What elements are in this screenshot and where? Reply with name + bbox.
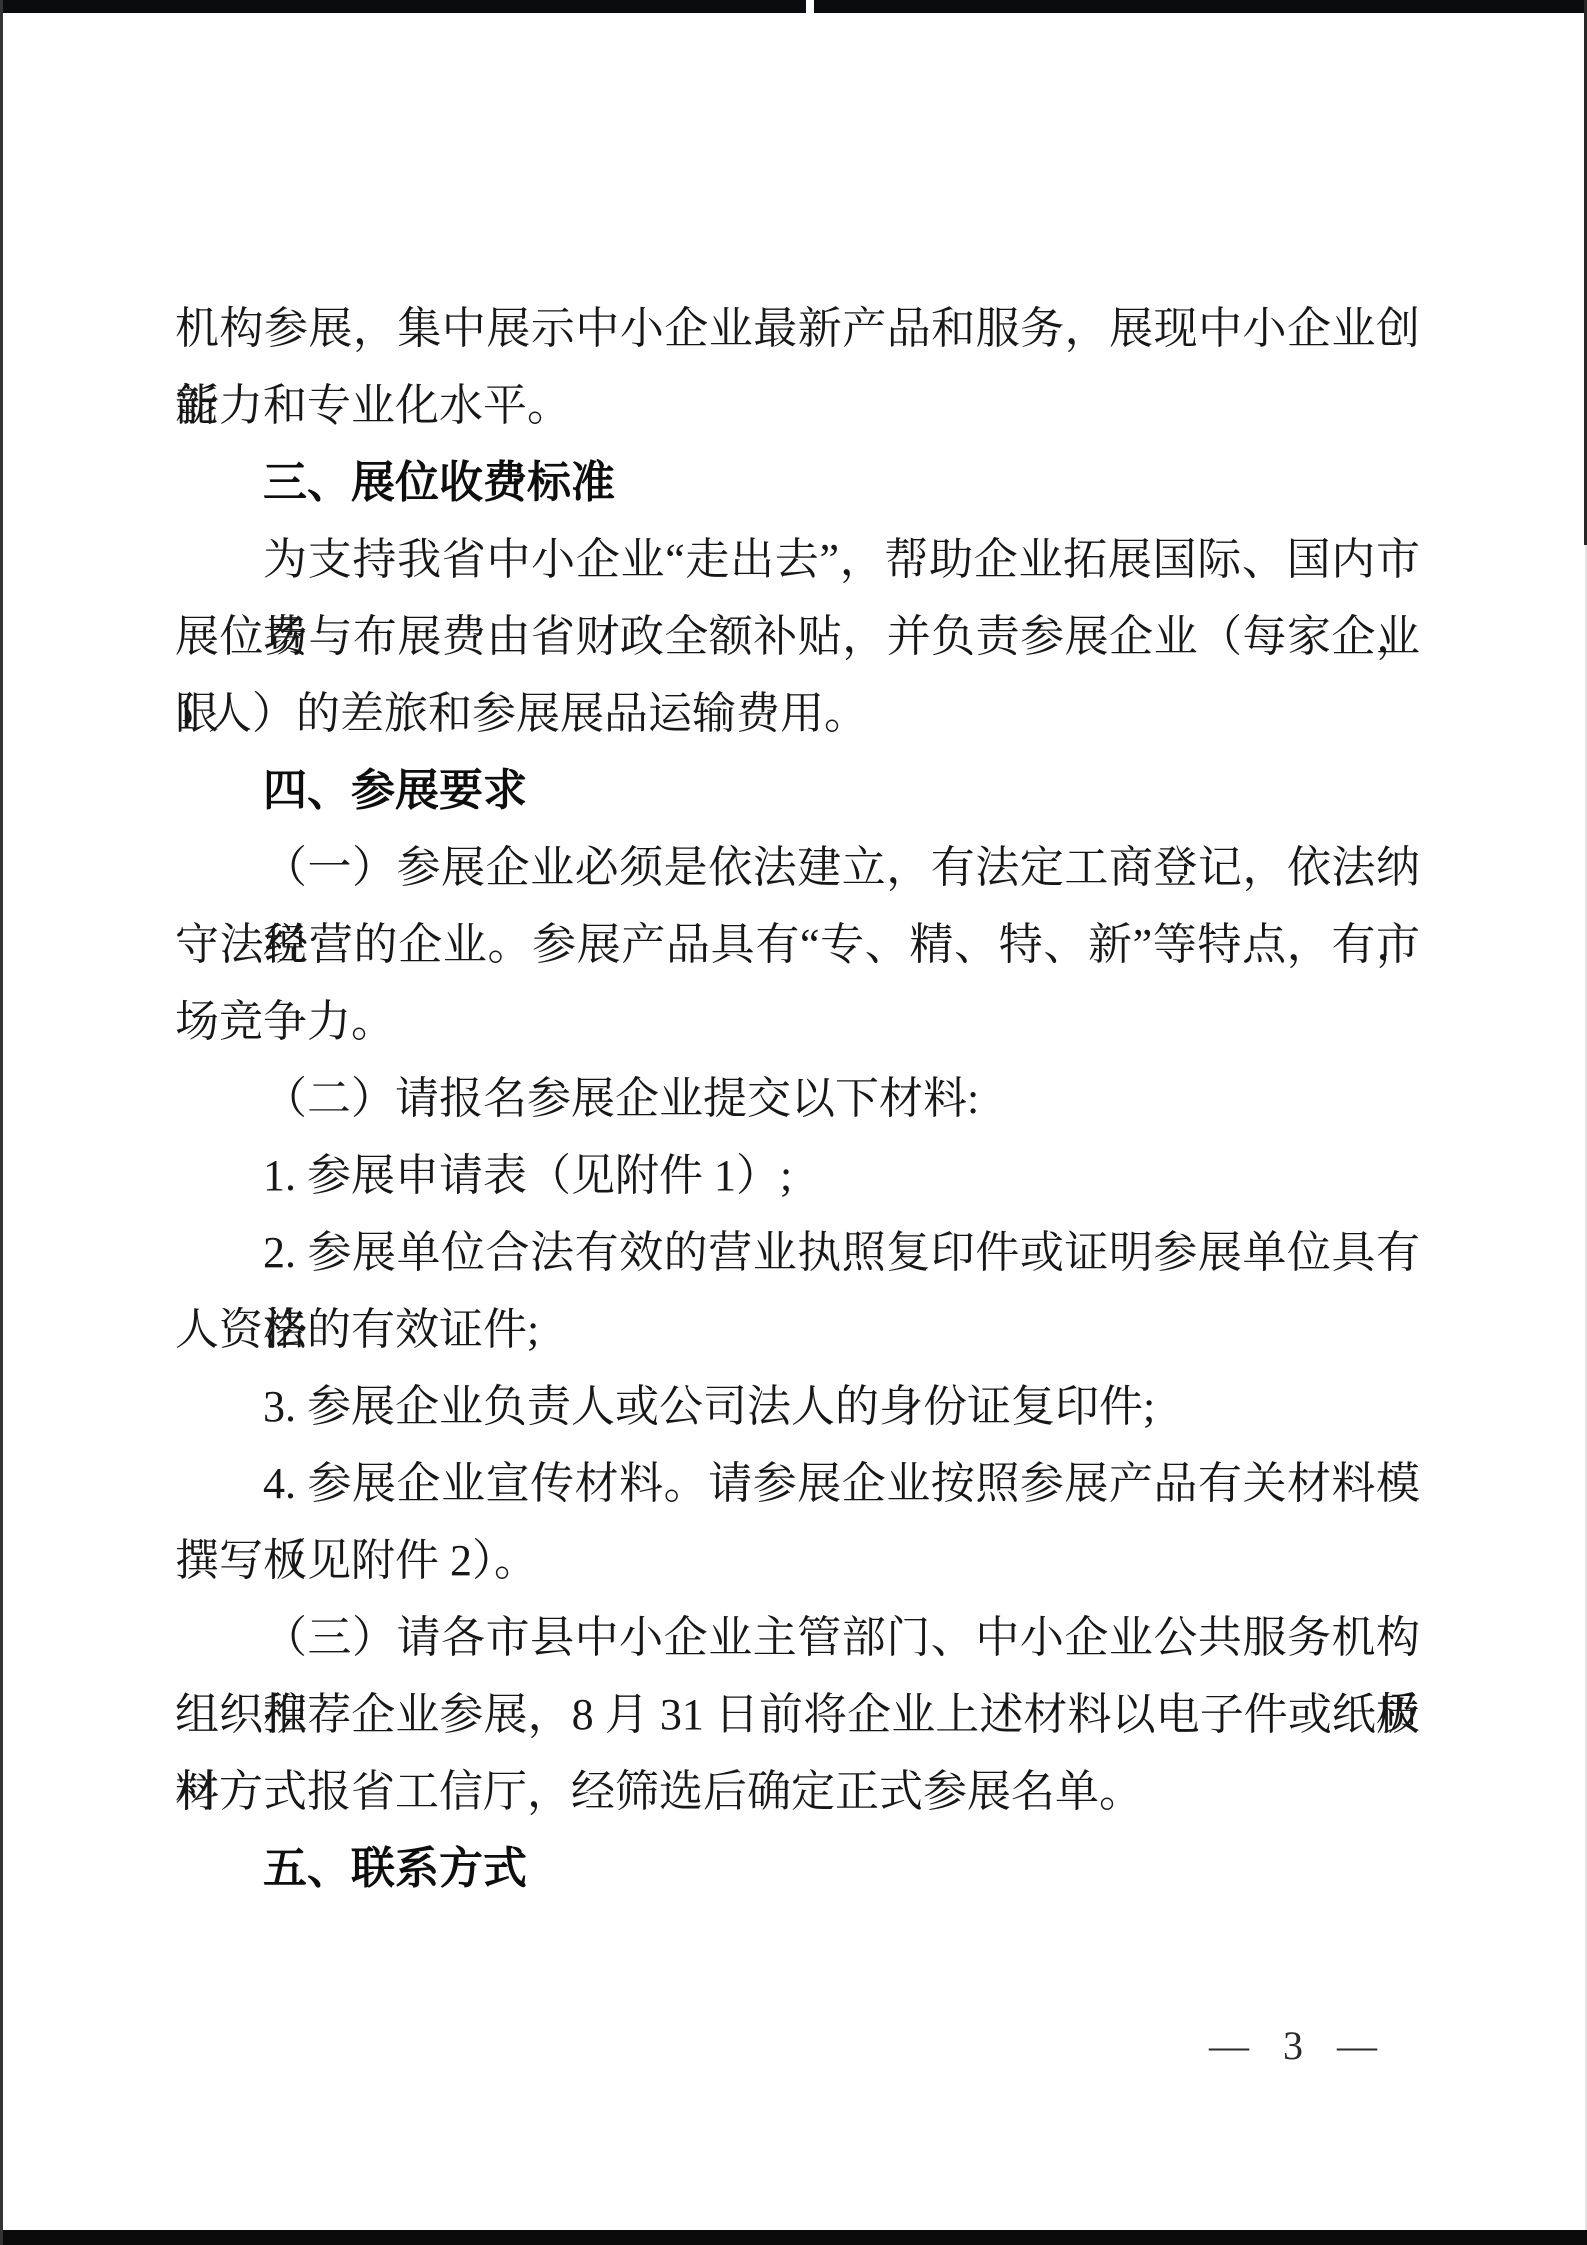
scan-border-left	[0, 0, 3, 2245]
text-line: 守法经营的企业。参展产品具有“专、精、特、新”等特点，有市	[175, 906, 1420, 983]
section-heading-5: 五、联系方式	[175, 1830, 1420, 1907]
list-item-4: 4. 参展企业宣传材料。请参展企业按照参展产品有关材料模板	[175, 1445, 1420, 1522]
text-line: 为支持我省中小企业“走出去”，帮助企业拓展国际、国内市场，	[175, 521, 1420, 598]
text-line: （二）请报名参展企业提交以下材料:	[175, 1060, 1420, 1137]
text-line: 料方式报省工信厅，经筛选后确定正式参展名单。	[175, 1753, 1420, 1830]
scanned-document-page: { "page": { "background": "#ffffff", "ed…	[0, 0, 1587, 2245]
text-line: 组织推荐企业参展，8 月 31 日前将企业上述材料以电子件或纸质材	[175, 1676, 1420, 1753]
text-line: 机构参展，集中展示中小企业最新产品和服务，展现中小企业创新	[175, 290, 1420, 367]
text-line: 展位费与布展费由省财政全额补贴，并负责参展企业（每家企业限	[175, 598, 1420, 675]
text-line: 人资格的有效证件;	[175, 1291, 1420, 1368]
text-line: 1 人）的差旅和参展展品运输费用。	[175, 675, 1420, 752]
scan-border-top-right	[814, 0, 1587, 13]
page-number: — 3 —	[1209, 2022, 1382, 2070]
list-item-2: 2. 参展单位合法有效的营业执照复印件或证明参展单位具有法	[175, 1214, 1420, 1291]
text-line: 撰写（见附件 2）。	[175, 1522, 1420, 1599]
text-line: （三）请各市县中小企业主管部门、中小企业公共服务机构积极	[175, 1599, 1420, 1676]
text-line: 能力和专业化水平。	[175, 367, 1420, 444]
scan-border-top-left	[0, 0, 806, 13]
text-line: （一）参展企业必须是依法建立，有法定工商登记，依法纳税，	[175, 829, 1420, 906]
document-body: 机构参展，集中展示中小企业最新产品和服务，展现中小企业创新 能力和专业化水平。 …	[175, 290, 1420, 1907]
section-heading-4: 四、参展要求	[175, 752, 1420, 829]
scan-border-bottom	[0, 2230, 1587, 2245]
list-item-3: 3. 参展企业负责人或公司法人的身份证复印件;	[175, 1368, 1420, 1445]
list-item-1: 1. 参展申请表（见附件 1）;	[175, 1137, 1420, 1214]
text-line: 场竞争力。	[175, 983, 1420, 1060]
section-heading-3: 三、展位收费标准	[175, 444, 1420, 521]
